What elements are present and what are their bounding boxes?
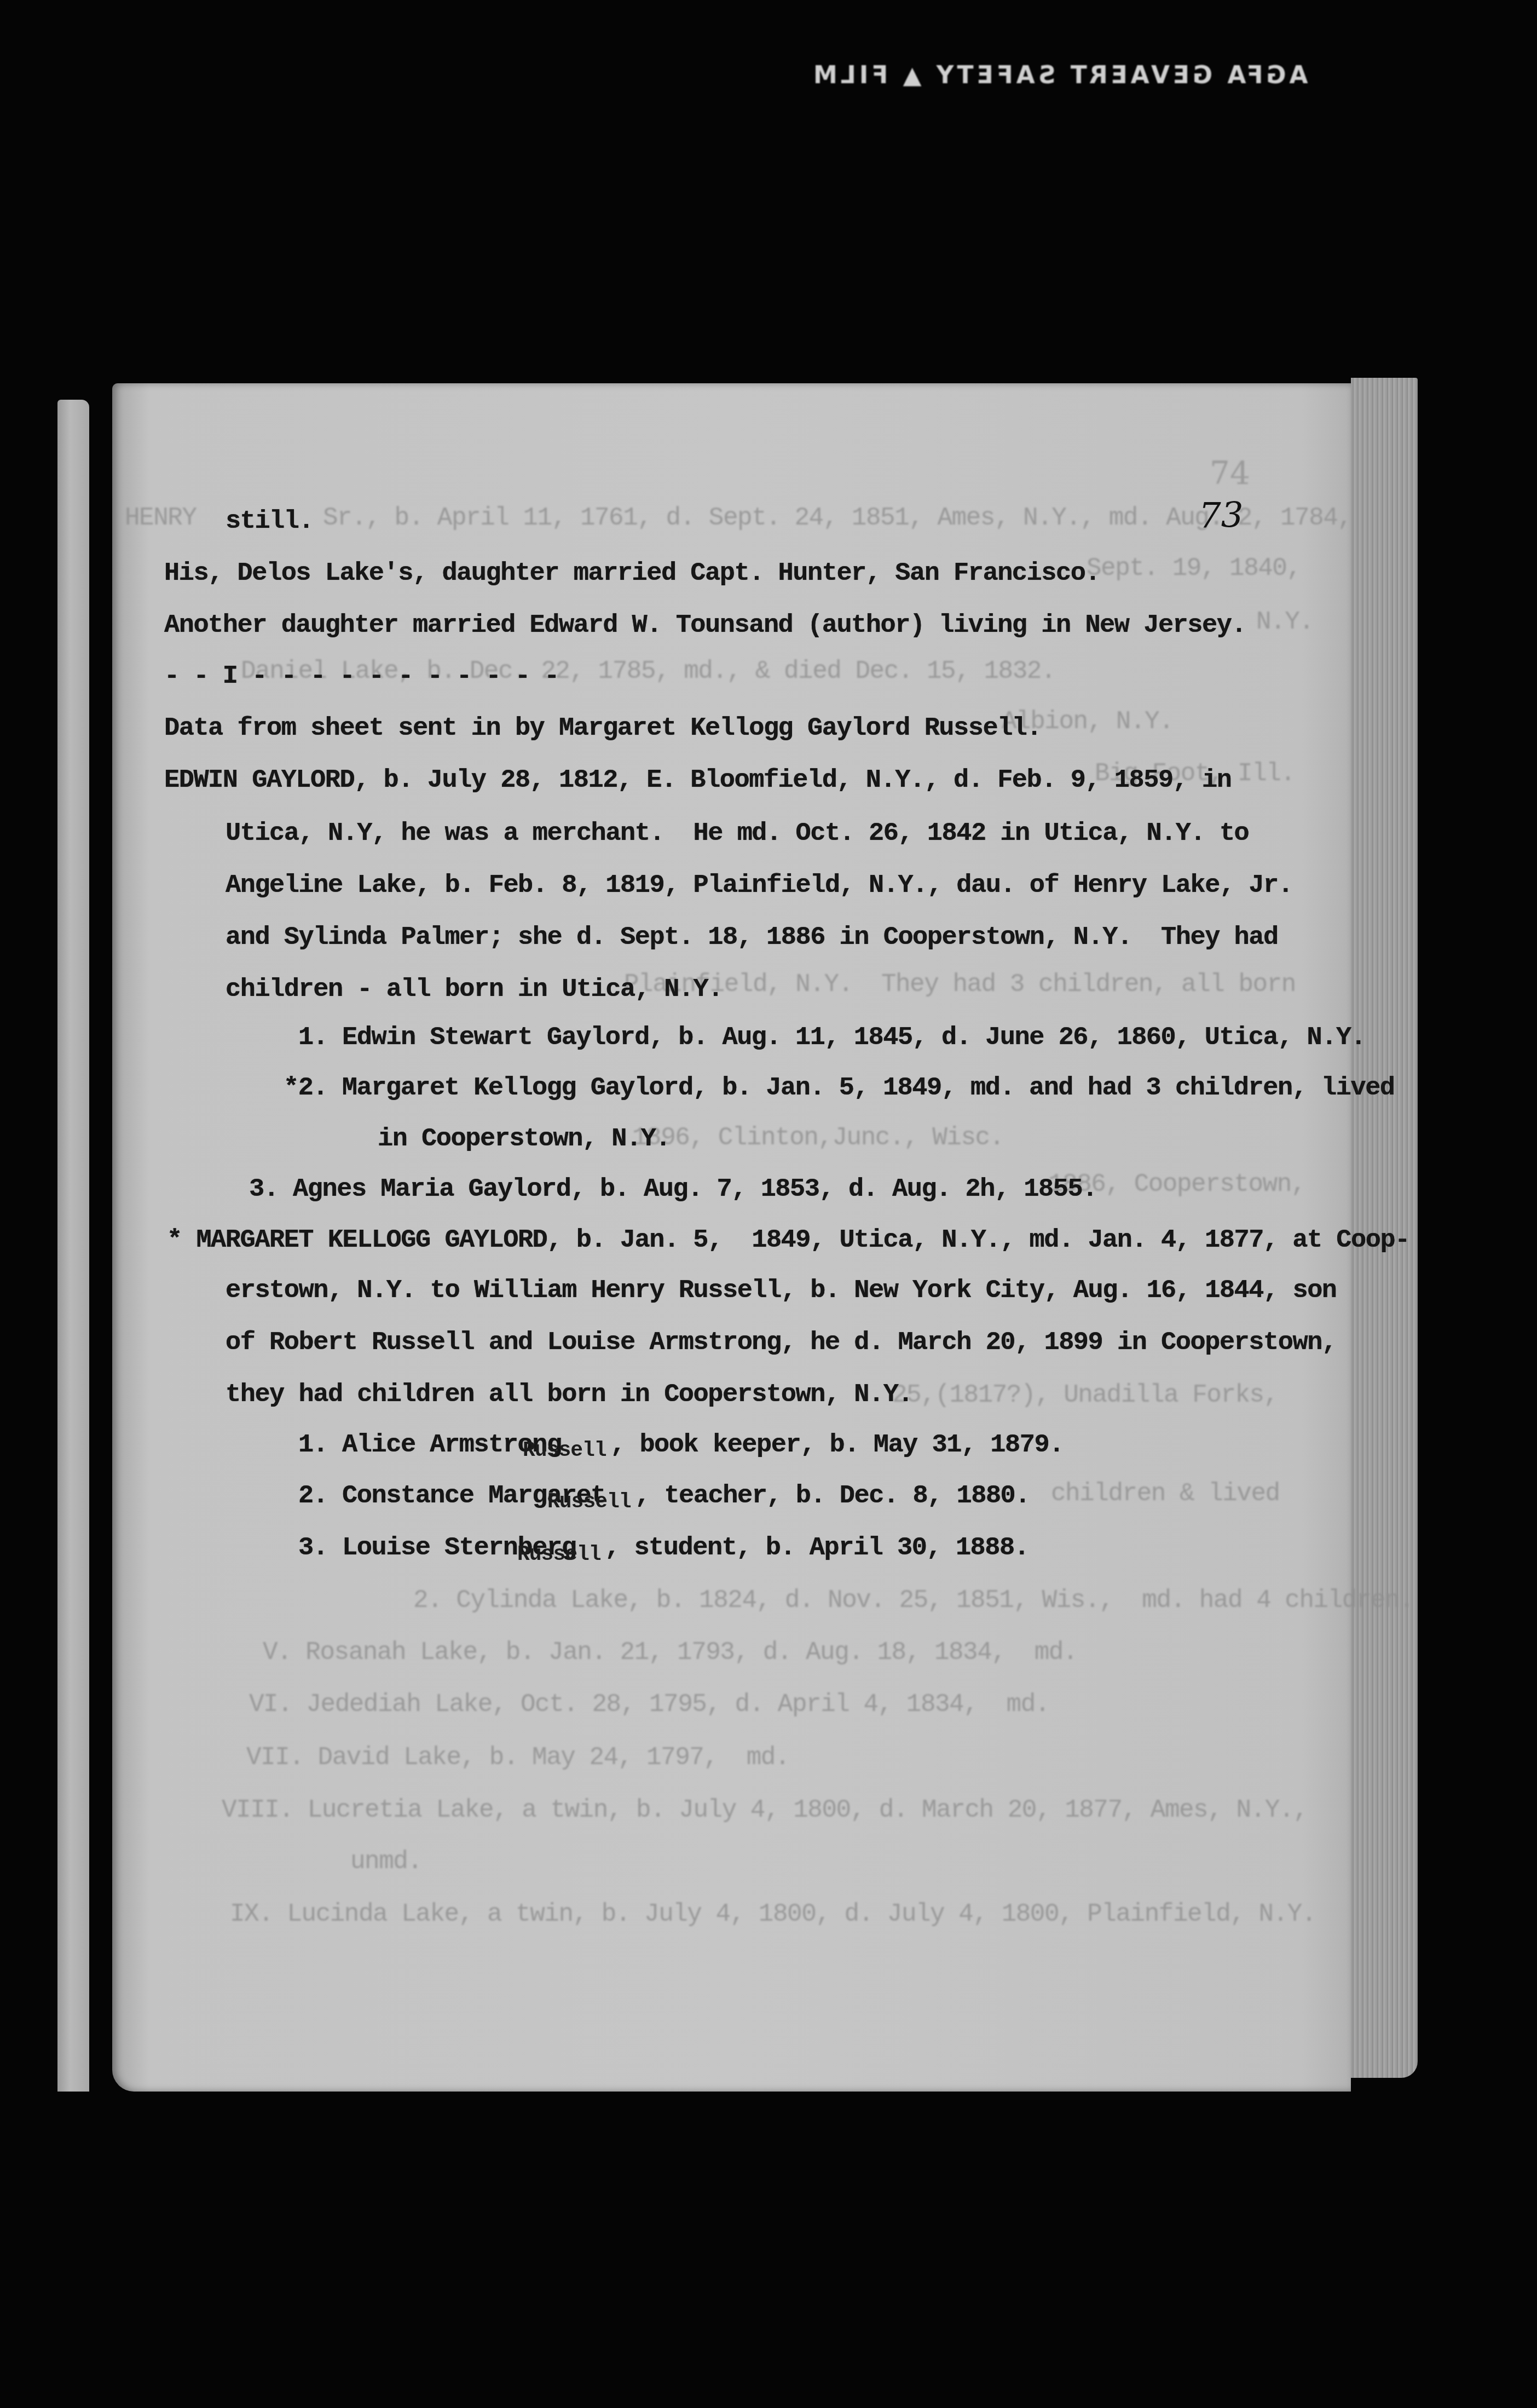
page-number-showthrough: 74 [1210, 454, 1250, 492]
showthrough-line: VII. David Lake, b. May 24, 1797, md. [246, 1742, 789, 1773]
showthrough-line: 25,(1817?), Unadilla Forks, [892, 1380, 1278, 1410]
surname-annotation: Russell [517, 1543, 601, 1566]
film-edge-banner: AGFA GEVAERT SAFETY ▲ FILM [810, 61, 1308, 89]
text-line: children - all born in Utica, N.Y. [226, 975, 723, 1005]
text-line: they had children all born in Cooperstow… [226, 1380, 912, 1410]
facing-page-edge [57, 400, 89, 2092]
showthrough-line: 1896, Clinton,Junc., Wisc. [632, 1122, 1004, 1153]
showthrough-line: unmd. [350, 1846, 422, 1877]
text-line: in Cooperstown, N.Y. [378, 1124, 670, 1155]
showthrough-line: Sr., b. April 11, 1761, d. Sept. 24, 185… [323, 503, 1352, 533]
text-line: erstown, N.Y. to William Henry Russell, … [226, 1276, 1337, 1306]
text-line: Data from sheet sent in by Margaret Kell… [164, 713, 1041, 744]
showthrough-line: Plainfield, N.Y. They had 3 children, al… [624, 969, 1296, 1000]
text-line: and Sylinda Palmer; she d. Sept. 18, 188… [226, 923, 1278, 953]
showthrough-line: HENRY [125, 503, 197, 533]
text-line: Another daughter married Edward W. Touns… [164, 610, 1246, 641]
text-line: EDWIN GAYLORD, b. July 28, 1812, E. Bloo… [164, 765, 1231, 796]
list-item: 1. Edwin Stewart Gaylord, b. Aug. 11, 18… [298, 1023, 1365, 1053]
page-number: 73 [1199, 496, 1243, 536]
text-line: His, Delos Lake's, daughter married Capt… [164, 558, 1100, 589]
text-line: still. [226, 506, 313, 537]
text-line: - - I - - - - - - - - - - - [164, 661, 559, 692]
showthrough-line: IX. Lucinda Lake, a twin, b. July 4, 180… [230, 1899, 1316, 1929]
showthrough-line: VIII. Lucretia Lake, a twin, b. July 4, … [222, 1795, 1308, 1825]
list-item: 1. Alice Armstrong [298, 1430, 562, 1461]
text-line: * MARGARET KELLOGG GAYLORD, b. Jan. 5, 1… [167, 1225, 1409, 1256]
showthrough-line: children & lived [1051, 1478, 1280, 1509]
surname-annotation: Russell [523, 1439, 606, 1462]
text-line: Utica, N.Y, he was a merchant. He md. Oc… [226, 819, 1249, 849]
list-item: 3. Agnes Maria Gaylord, b. Aug. 7, 1853,… [249, 1174, 1097, 1205]
list-item-detail: , teacher, b. Dec. 8, 1880. [635, 1481, 1030, 1512]
text-line: of Robert Russell and Louise Armstrong, … [226, 1328, 1337, 1358]
list-item-detail: , student, b. April 30, 1888. [605, 1533, 1028, 1564]
showthrough-line: Sept. 19, 1840, [1087, 553, 1301, 584]
list-item: *2. Margaret Kellogg Gaylord, b. Jan. 5,… [284, 1073, 1395, 1104]
showthrough-line: VI. Jedediah Lake, Oct. 28, 1795, d. Apr… [249, 1689, 1049, 1720]
showthrough-line: N.Y. [1256, 607, 1313, 637]
showthrough-line: 2. Cylinda Lake, b. 1824, d. Nov. 25, 18… [413, 1585, 1413, 1616]
text-line: Angeline Lake, b. Feb. 8, 1819, Plainfie… [226, 871, 1292, 901]
showthrough-line: V. Rosanah Lake, b. Jan. 21, 1793, d. Au… [263, 1637, 1077, 1668]
surname-annotation: Russell [547, 1490, 631, 1514]
list-item-detail: , book keeper, b. May 31, 1879. [610, 1430, 1064, 1461]
